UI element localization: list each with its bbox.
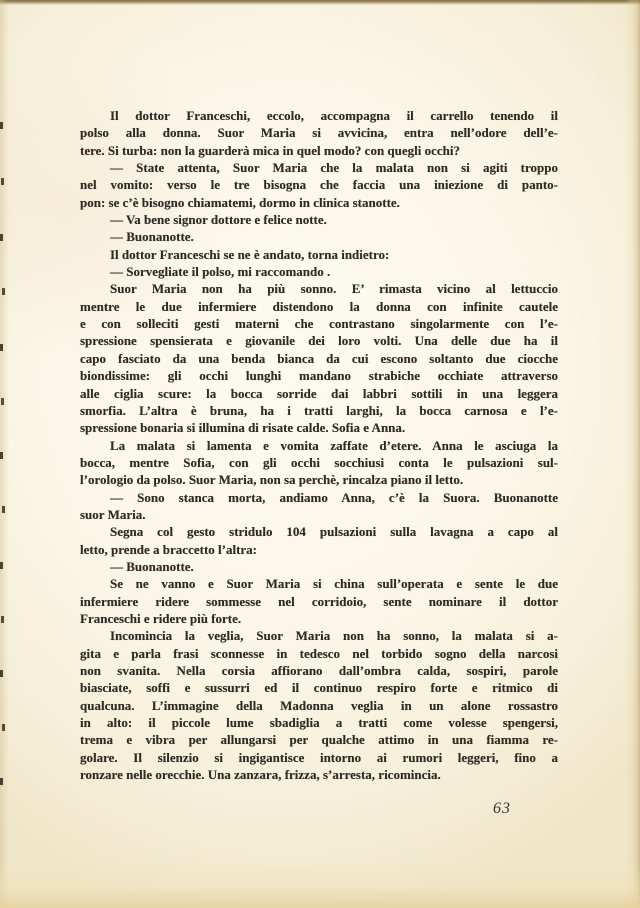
text-line: biasciate, soffi e sussurri ed il contin… (80, 679, 558, 696)
scanned-book-page: Il dottor Franceschi, eccolo, accompagna… (0, 0, 640, 908)
text-line: smorfia. L’altra è bruna, ha i tratti la… (80, 402, 558, 419)
text-line: Il dottor Franceschi, eccolo, accompagna… (80, 107, 558, 124)
text-line: l’orologio da polso. Suor Maria, non sa … (80, 471, 558, 488)
page-bottom-edge-shadow (0, 862, 640, 908)
text-line: suor Maria. (80, 506, 558, 523)
paragraph: — Sono stanca morta, andiamo Anna, c’è l… (80, 489, 558, 524)
text-line: e con solleciti gesti materni che contra… (80, 315, 558, 332)
text-line: — Va bene signor dottore e felice notte. (80, 211, 558, 228)
text-line: nel vomito: verso le tre bisogna che fac… (80, 176, 558, 193)
text-line: La malata si lamenta e vomita zaffate d’… (80, 437, 558, 454)
page-right-edge-shadow (624, 0, 640, 908)
text-line: Il dottor Franceschi se ne è andato, tor… (80, 246, 558, 263)
text-line: — State attenta, Suor Maria che la malat… (80, 159, 558, 176)
text-line: infermiere ridere sommesse nel corridoio… (80, 593, 558, 610)
paragraph: La malata si lamenta e vomita zaffate d’… (80, 437, 558, 489)
text-line: gita e parla frasi sconnesse in tedesco … (80, 645, 558, 662)
text-line: biondissime: gli occhi lunghi mandano st… (80, 367, 558, 384)
text-line: — Buonanotte. (80, 228, 558, 245)
text-line: ronzare nelle orecchie. Una zanzara, fri… (80, 766, 558, 783)
text-line: mentre le due infermiere distendono la d… (80, 298, 558, 315)
paragraph: Il dottor Franceschi se ne è andato, tor… (80, 246, 558, 263)
paragraph: — Buonanotte. (80, 228, 558, 245)
paragraph: Incomincia la veglia, Suor Maria non ha … (80, 627, 558, 783)
paragraph: Il dottor Franceschi, eccolo, accompagna… (80, 107, 558, 159)
page-left-edge-shadow (0, 0, 9, 908)
paragraph: Suor Maria non ha più sonno. E’ rimasta … (80, 280, 558, 436)
text-line: — Sono stanca morta, andiamo Anna, c’è l… (80, 489, 558, 506)
text-line: alle ciglia scure: la bocca sorride dai … (80, 385, 558, 402)
paragraph: Segna col gesto stridulo 104 pulsazioni … (80, 523, 558, 558)
scan-artifact-specks (0, 122, 3, 129)
text-line: polso alla donna. Suor Maria si avvicina… (80, 124, 558, 141)
text-line: Incomincia la veglia, Suor Maria non ha … (80, 627, 558, 644)
text-line: golare. Il silenzio si ingigantisce into… (80, 749, 558, 766)
text-line: Se ne vanno e Suor Maria si china sull’o… (80, 575, 558, 592)
text-line: spressione spensierata e giovanile dei l… (80, 332, 558, 349)
text-line: Segna col gesto stridulo 104 pulsazioni … (80, 523, 558, 540)
paragraph: — Va bene signor dottore e felice notte. (80, 211, 558, 228)
text-line: letto, prende a braccetto l’altra: (80, 541, 558, 558)
text-line: Franceschi e ridere più forte. (80, 610, 558, 627)
text-line: capo fasciato da una benda bianca da cui… (80, 350, 558, 367)
paragraph: — State attenta, Suor Maria che la malat… (80, 159, 558, 211)
text-line: tere. Si turba: non la guarderà mica in … (80, 142, 558, 159)
page-top-edge-shadow (0, 0, 640, 5)
text-line: in alto: il piccole lume sbadiglia a tra… (80, 714, 558, 731)
text-block: Il dottor Franceschi, eccolo, accompagna… (80, 107, 558, 783)
page-number: 63 (493, 800, 511, 818)
paragraph: — Sorvegliate il polso, mi raccomando . (80, 263, 558, 280)
paragraph: Se ne vanno e Suor Maria si china sull’o… (80, 575, 558, 627)
paragraph: — Buonanotte. (80, 558, 558, 575)
text-line: trema e vibra per allungarsi per qualche… (80, 731, 558, 748)
text-line: non svanita. Nella corsia affiorano dall… (80, 662, 558, 679)
text-line: — Buonanotte. (80, 558, 558, 575)
text-line: qualcuna. L’immagine della Madonna vegli… (80, 697, 558, 714)
text-line: pon: se c’è bisogno chiamatemi, dormo in… (80, 194, 558, 211)
text-line: bocca, mentre Sofia, con gli occhi socch… (80, 454, 558, 471)
text-line: Suor Maria non ha più sonno. E’ rimasta … (80, 280, 558, 297)
text-line: spressione bonaria si illumina di risate… (80, 419, 558, 436)
text-line: — Sorvegliate il polso, mi raccomando . (80, 263, 558, 280)
